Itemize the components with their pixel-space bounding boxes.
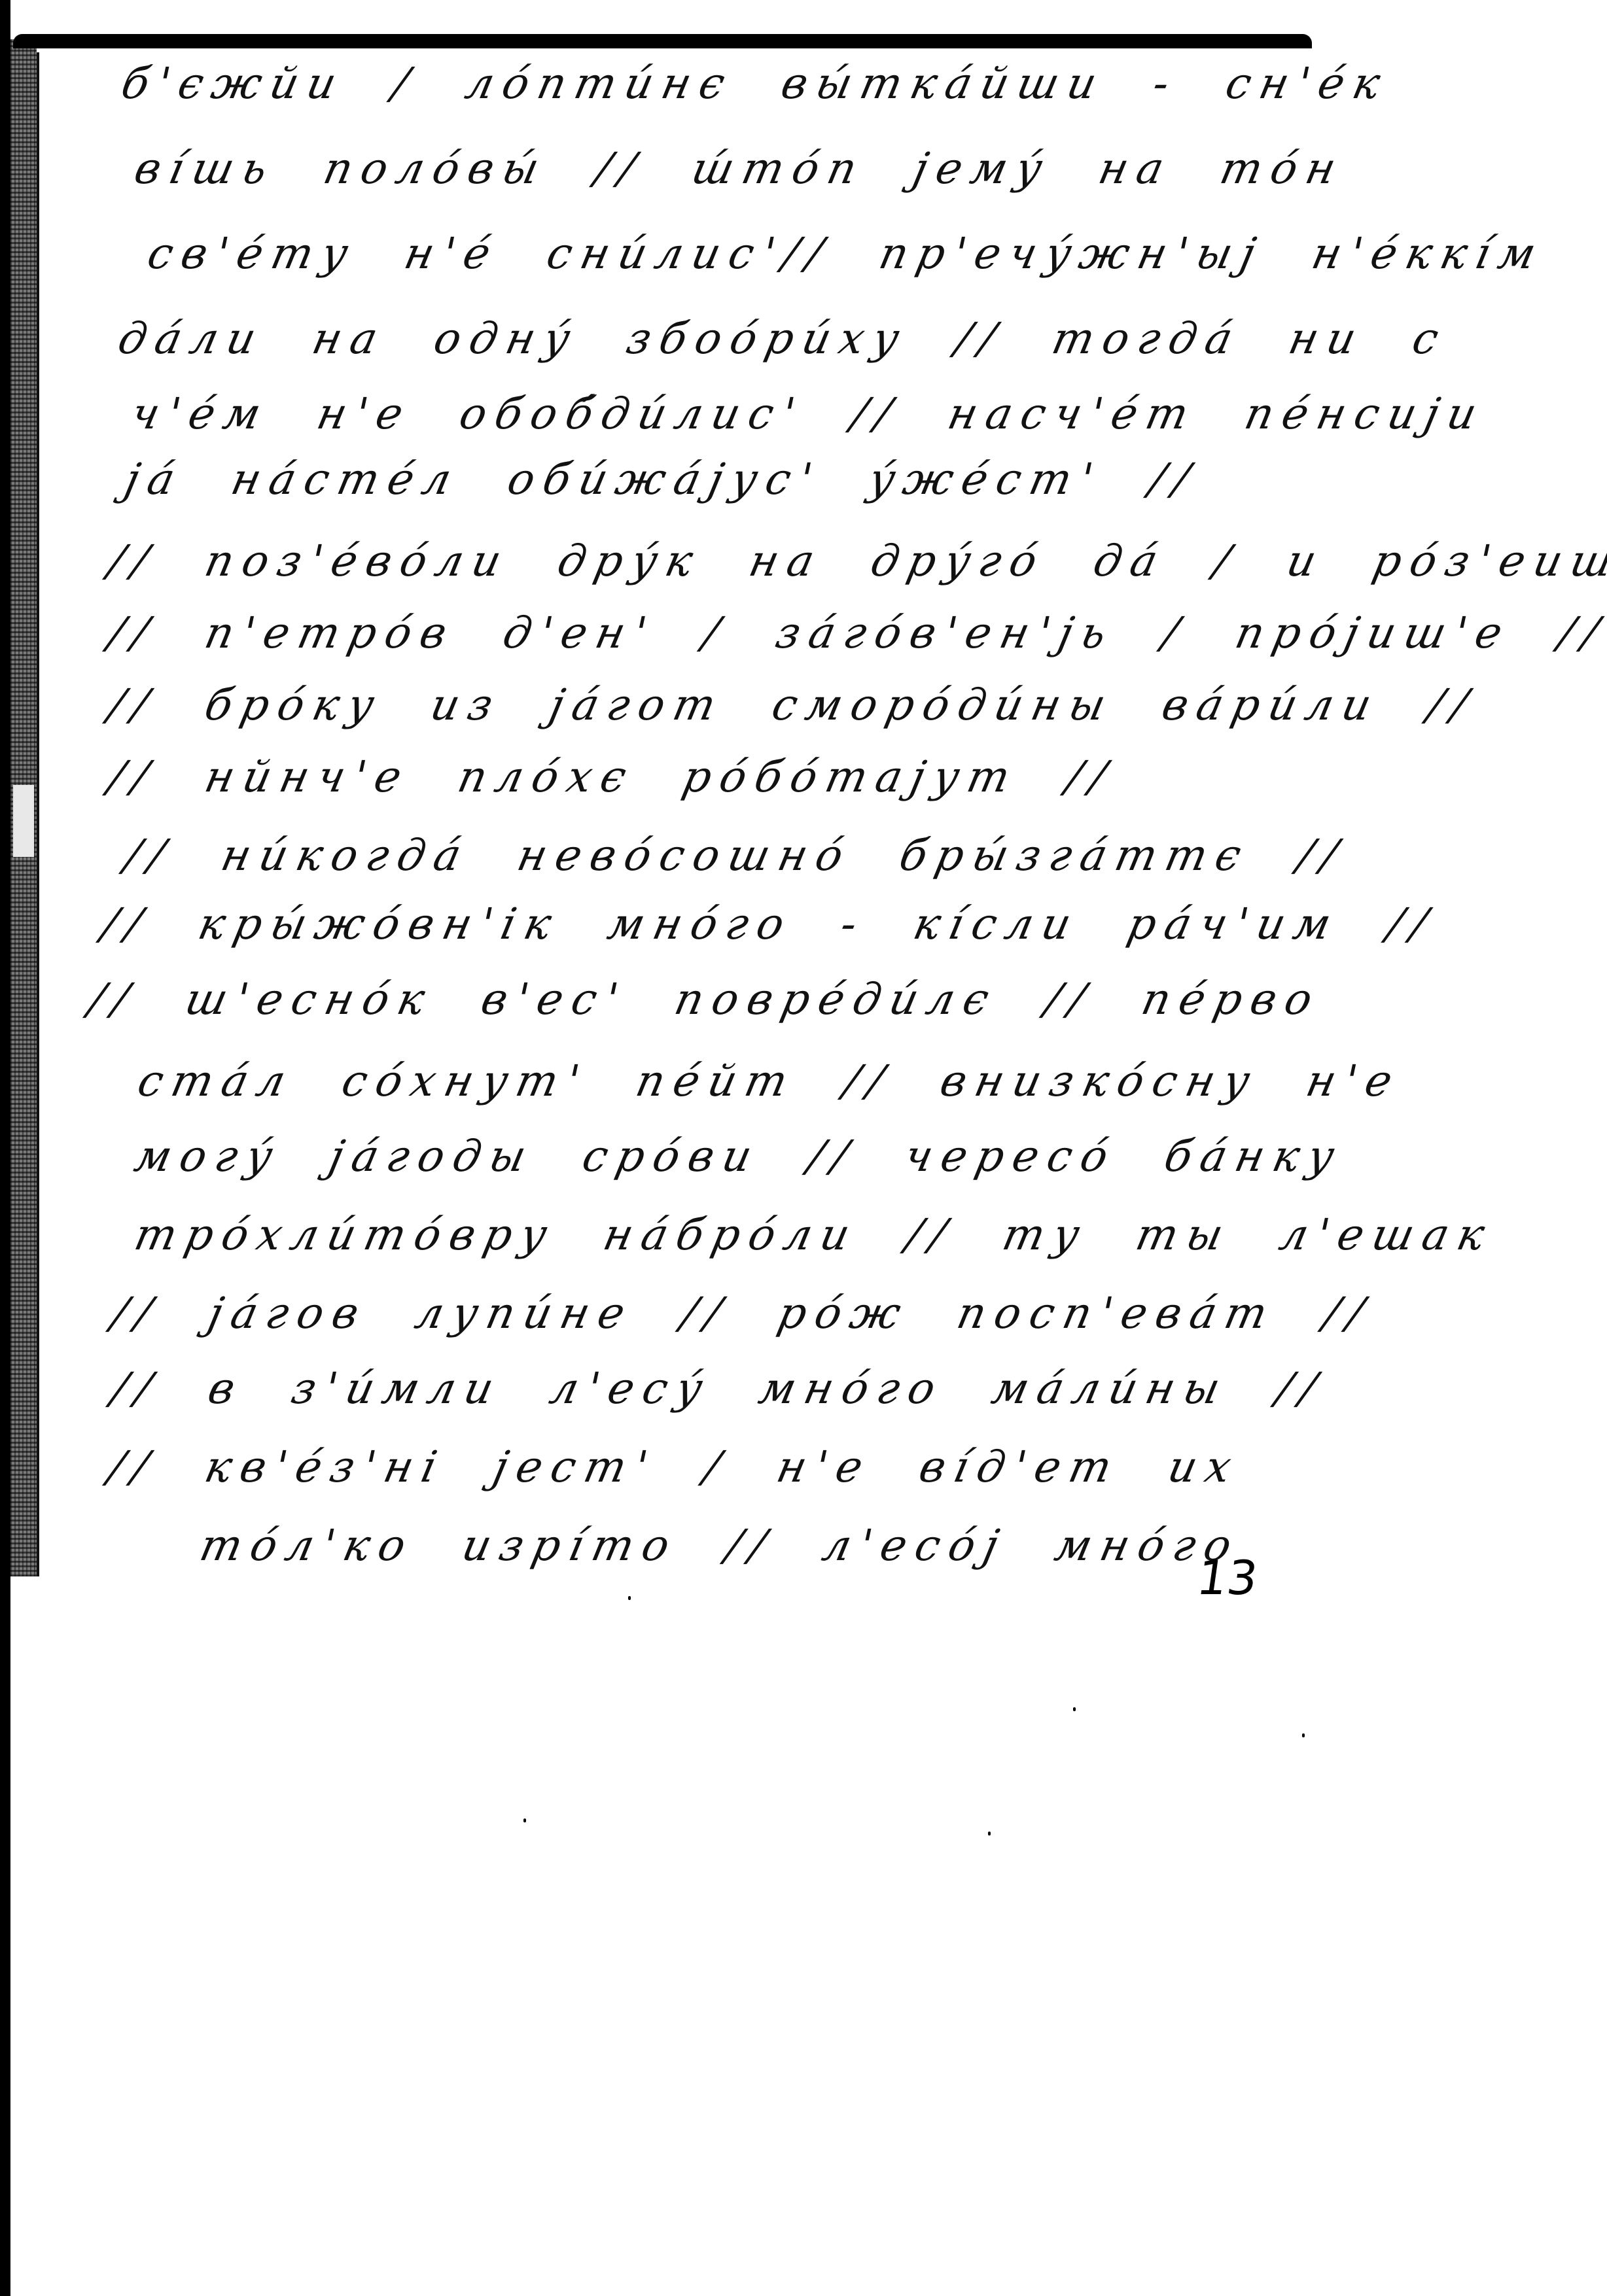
scan-speck (988, 1832, 991, 1835)
binding-worn-patch (13, 785, 34, 857)
text-line: могу́ ја́годы сро́ви // чересо́ ба́нку (131, 1135, 1347, 1178)
text-line: ч'е́м н'е обоб́ди́лис' // насч'е́т пе́нс… (128, 392, 1489, 436)
text-line: // поз'е́во́ли дру́к на дру́го́ да́ / и … (105, 540, 1607, 583)
scanned-page: б'єжйи / ло́пти́нє вы́тка́йши - сн'е́к в… (0, 0, 1607, 2296)
text-line: б'єжйи / ло́пти́нє вы́тка́йши - сн'е́к (118, 62, 1393, 105)
text-line: да́ли на одну́ збоо́ри́ху // тогда́ ни с (115, 317, 1451, 360)
scan-edge-shadow (0, 0, 10, 2296)
text-line: // кв'е́з'ні јест' / н'е ві́д'ет их (105, 1446, 1244, 1489)
text-line: св'е́ту н'е́ сни́лис'// пр'ечу́жн'ыј н'е… (144, 232, 1549, 275)
text-line: // п'етро́в д'ен' / за́го́в'ен'јь / про́… (105, 612, 1607, 655)
text-line: // бро́ку из ја́гот сморо́ди́ны ва́ри́ли… (105, 684, 1481, 727)
text-line: ві́шь поло́вы́ // ш́то́п јему́ на то́н (131, 147, 1349, 190)
text-line: // нйнч'е пло́хє ро́бо́тајут // (105, 756, 1119, 799)
scan-speck (523, 1818, 526, 1822)
scan-speck (1073, 1707, 1076, 1711)
text-line: // кры́жо́вн'ік мно́го - кі́сли ра́ч'им … (98, 903, 1440, 946)
text-line: ста́л со́хнут' пе́йт // внизко́сну н'е (134, 1060, 1405, 1103)
text-line: // ја́гов лупи́не // ро́ж посп'ева́т // (108, 1292, 1377, 1335)
text-line: ја́ на́сте́л оби́жа́јус' у́же́ст' // (121, 458, 1202, 501)
scan-speck (1302, 1733, 1305, 1737)
page-number: 13 (1193, 1550, 1261, 1605)
page-top-border (13, 34, 1312, 48)
text-line: // ни́когда́ нево́сошно́ бры́зга́ттє // (121, 834, 1351, 877)
text-line: тро́хли́то́вру на́бро́ли // ту ты л'ешак (131, 1213, 1497, 1257)
text-line: // в з'и́мли л'есу́ мно́го ма́ли́ны // (108, 1367, 1329, 1410)
text-line: // ш'есно́к в'ес' повре́ди́лє // пе́рво (85, 978, 1325, 1021)
page-top-border-inner (37, 48, 1312, 52)
scan-speck (628, 1596, 631, 1600)
text-line: то́л'ко изрі́то // л'есо́ј мно́го (196, 1524, 1245, 1567)
